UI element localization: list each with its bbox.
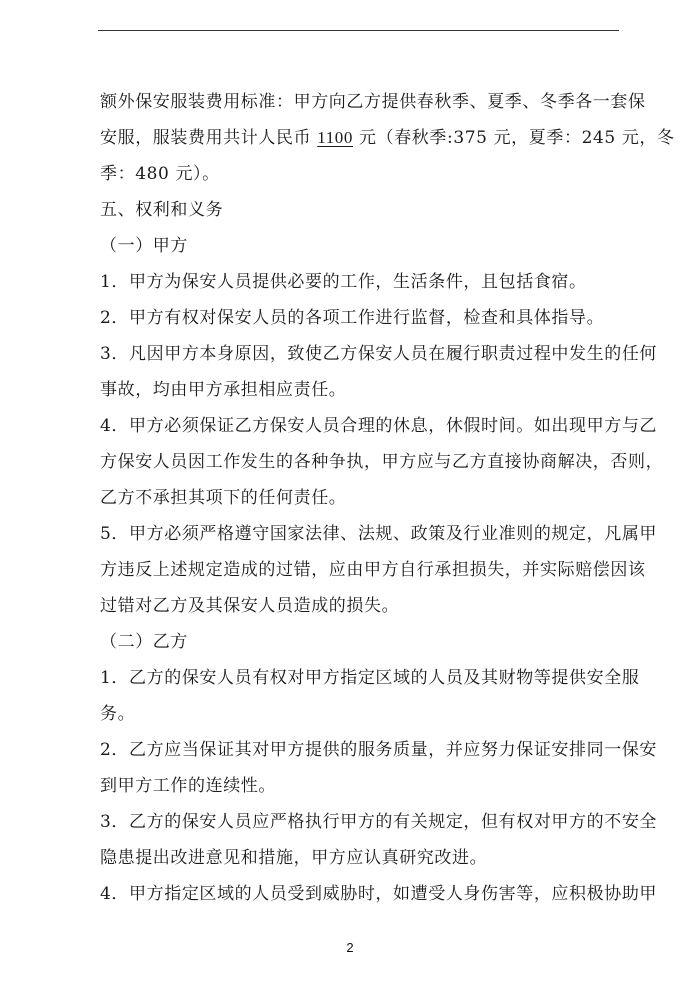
text-line: 安服，服装费用共计人民币 1100 元（春秋季:375 元，夏季：245 元，冬: [100, 120, 622, 156]
text-line: 方保安人员因工作发生的各种争执，甲方应与乙方直接协商解决，否则，: [100, 444, 622, 480]
text-line: 过错对乙方及其保安人员造成的损失。: [100, 588, 622, 624]
party-a-item-3: 3．凡因甲方本身原因，致使乙方保安人员在履行职责过程中发生的任何 事故，均由甲方…: [100, 336, 622, 408]
fee-amount: 1100: [317, 128, 353, 147]
party-a-item-1: 1．甲方为保安人员提供必要的工作，生活条件，且包括食宿。: [100, 264, 622, 300]
page-number: 2: [0, 940, 700, 955]
text-line: 务。: [100, 696, 622, 732]
text-line: 2．甲方有权对保安人员的各项工作进行监督，检查和具体指导。: [100, 300, 622, 336]
text-line: 5．甲方必须严格遵守国家法律、法规、政策及行业准则的规定，凡属甲: [100, 516, 622, 552]
text-line: 1．乙方的保安人员有权对甲方指定区域的人员及其财物等提供安全服: [100, 660, 622, 696]
text-line: 4．甲方指定区域的人员受到威胁时，如遭受人身伤害等，应积极协助甲: [100, 876, 622, 912]
text-line: 乙方不承担其项下的任何责任。: [100, 480, 622, 516]
text-line: 3．凡因甲方本身原因，致使乙方保安人员在履行职责过程中发生的任何: [100, 336, 622, 372]
party-b-item-1: 1．乙方的保安人员有权对甲方指定区域的人员及其财物等提供安全服 务。: [100, 660, 622, 732]
text-line: 方违反上述规定造成的过错，应由甲方自行承担损失，并实际赔偿因该: [100, 552, 622, 588]
text-line: 季：480 元）。: [100, 156, 622, 192]
party-b-item-3: 3．乙方的保安人员应严格执行甲方的有关规定，但有权对甲方的不安全 隐患提出改进意…: [100, 804, 622, 876]
document-body: 额外保安服装费用标准：甲方向乙方提供春秋季、夏季、冬季各一套保 安服，服装费用共…: [100, 84, 622, 912]
text-line: 到甲方工作的连续性。: [100, 768, 622, 804]
section-heading: 五、权利和义务: [100, 192, 622, 228]
party-b-item-4: 4．甲方指定区域的人员受到威胁时，如遭受人身伤害等，应积极协助甲: [100, 876, 622, 912]
party-a-section: （一）甲方 1．甲方为保安人员提供必要的工作，生活条件，且包括食宿。 2．甲方有…: [100, 228, 622, 624]
text-line: 额外保安服装费用标准：甲方向乙方提供春秋季、夏季、冬季各一套保: [100, 84, 622, 120]
header-rule: [98, 30, 619, 31]
party-b-section: （二）乙方 1．乙方的保安人员有权对甲方指定区域的人员及其财物等提供安全服 务。…: [100, 624, 622, 912]
text-line: 2．乙方应当保证其对甲方提供的服务质量，并应努力保证安排同一保安: [100, 732, 622, 768]
party-a-item-4: 4．甲方必须保证乙方保安人员合理的休息，休假时间。如出现甲方与乙 方保安人员因工…: [100, 408, 622, 516]
party-a-item-5: 5．甲方必须严格遵守国家法律、法规、政策及行业准则的规定，凡属甲 方违反上述规定…: [100, 516, 622, 624]
text-line: 1．甲方为保安人员提供必要的工作，生活条件，且包括食宿。: [100, 264, 622, 300]
subsection-heading: （一）甲方: [100, 228, 622, 264]
text-span: 安服，服装费用共计人民币: [100, 128, 317, 148]
text-line: 隐患提出改进意见和措施，甲方应认真研究改进。: [100, 840, 622, 876]
subsection-heading: （二）乙方: [100, 624, 622, 660]
text-span: 元（春秋季:375 元，夏季：245 元，冬: [353, 128, 675, 148]
text-line: 3．乙方的保安人员应严格执行甲方的有关规定，但有权对甲方的不安全: [100, 804, 622, 840]
party-a-item-2: 2．甲方有权对保安人员的各项工作进行监督，检查和具体指导。: [100, 300, 622, 336]
party-b-item-2: 2．乙方应当保证其对甲方提供的服务质量，并应努力保证安排同一保安 到甲方工作的连…: [100, 732, 622, 804]
text-line: 4．甲方必须保证乙方保安人员合理的休息，休假时间。如出现甲方与乙: [100, 408, 622, 444]
text-line: 事故，均由甲方承担相应责任。: [100, 372, 622, 408]
clothing-fee-paragraph: 额外保安服装费用标准：甲方向乙方提供春秋季、夏季、冬季各一套保 安服，服装费用共…: [100, 84, 622, 192]
